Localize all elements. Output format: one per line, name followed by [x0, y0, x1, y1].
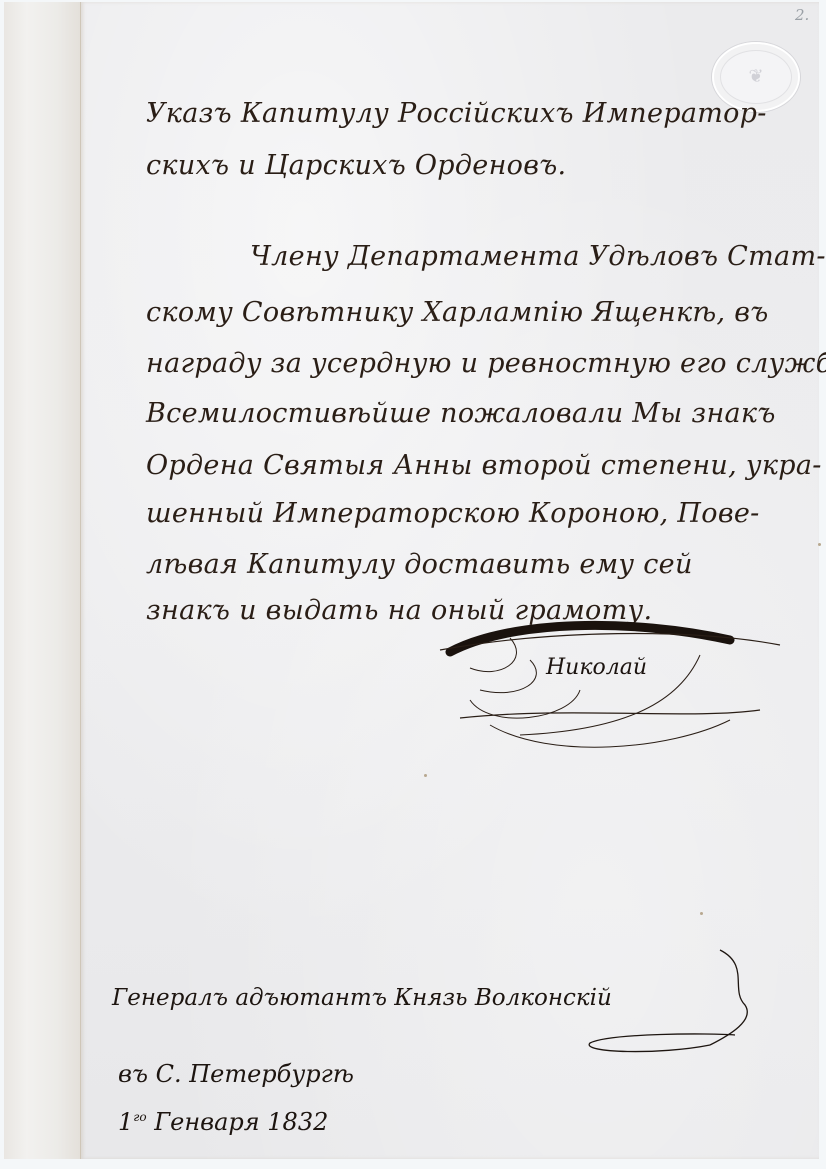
paper-speck: [700, 912, 703, 915]
date-day-suffix: го: [133, 1110, 146, 1124]
paper-speck: [818, 543, 821, 546]
date-day: 1: [118, 1108, 133, 1136]
scanned-document: 2. ❦ Указъ Капитулу Россійскихъ Императо…: [0, 0, 826, 1169]
body-line: Ордена Святыя Анны второй степени, укра-: [146, 452, 822, 479]
place-of-issue: въ С. Петербургѣ: [118, 1060, 354, 1088]
imperial-signature: Николай: [546, 655, 647, 680]
body-line: шенный Императорскою Короною, Пове-: [146, 500, 760, 527]
paper-speck: [424, 774, 427, 777]
body-line: скому Совѣтнику Харлампію Ященкѣ, въ: [146, 299, 769, 326]
heading-line-2: скихъ и Царскихъ Орденовъ.: [146, 152, 566, 179]
double-headed-eagle-icon: ❦: [736, 66, 776, 88]
binding-margin-leaf: [4, 2, 81, 1159]
countersignature-flourish-icon: [560, 945, 760, 1060]
countersignature: Генералъ адъютантъ Князь Волконскій: [112, 985, 612, 1011]
body-line: Члену Департамента Удѣловъ Стат-: [250, 243, 826, 270]
date-month-year: Генваря 1832: [154, 1108, 328, 1136]
heading-line-1: Указъ Капитулу Россійскихъ Император-: [146, 100, 767, 127]
body-line: лѣвая Капитулу доставить ему сей: [146, 551, 693, 578]
signature-flourish-icon: [430, 610, 790, 760]
body-line: награду за усердную и ревностную его слу…: [146, 350, 826, 377]
date-of-issue: 1го Генваря 1832: [118, 1108, 328, 1136]
body-line: Всемилостивѣйше пожаловали Мы знакъ: [146, 400, 776, 427]
page-number: 2.: [795, 6, 809, 24]
